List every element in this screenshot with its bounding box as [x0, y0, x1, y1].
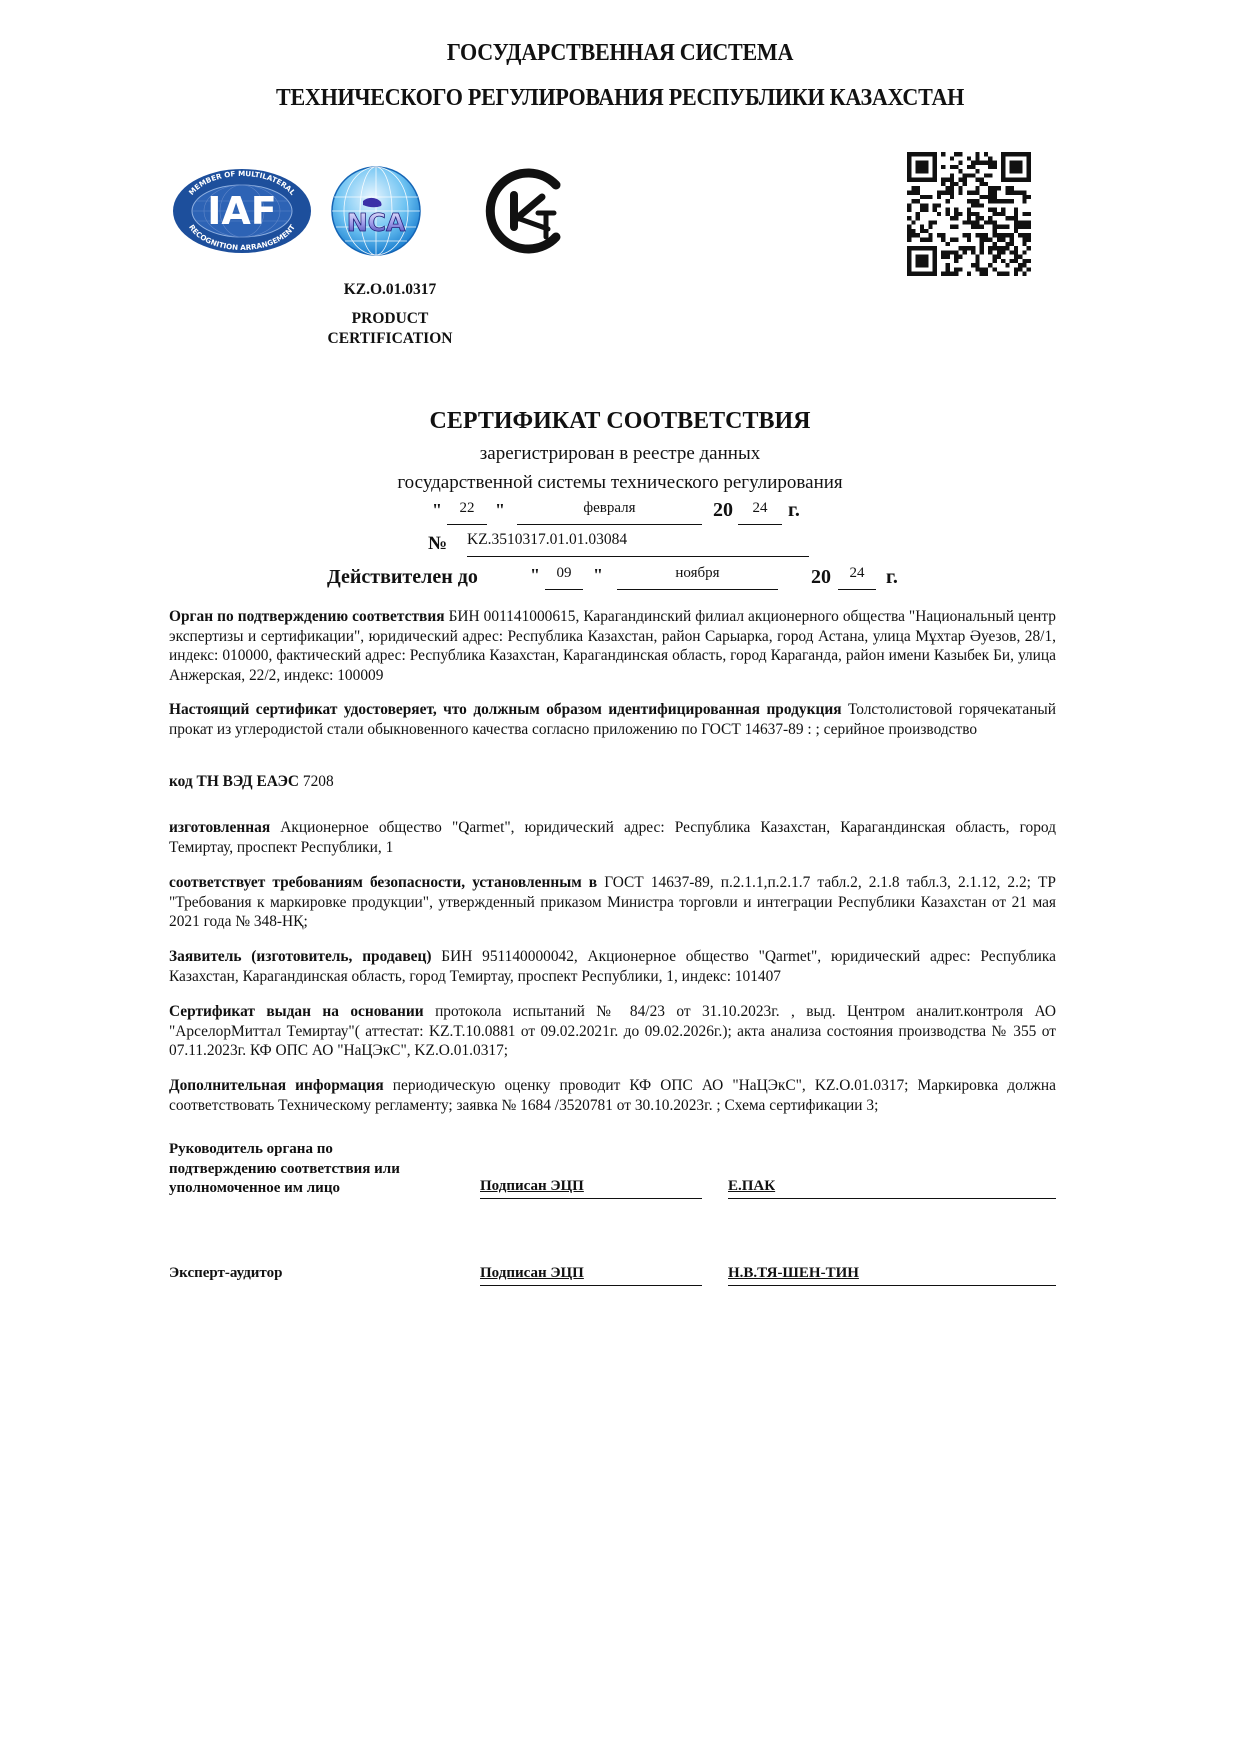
valid-month-field: ноября	[617, 563, 778, 590]
reg-day-field: 22	[447, 498, 487, 525]
valid-until-label: Действителен до	[327, 566, 478, 589]
qr-code-icon[interactable]	[907, 152, 1031, 276]
reg-century: 20	[713, 499, 733, 522]
accreditation-number: KZ.O.01.0317	[290, 281, 490, 299]
quote-close-2: "	[593, 565, 603, 586]
valid-century: 20	[811, 566, 831, 589]
section-text: 7208	[303, 773, 334, 790]
signatory-role-head: Руководитель органа по подтверждению соо…	[169, 1140, 400, 1199]
signature-status-head: Подписан ЭЦП	[480, 1177, 702, 1199]
nca-logo-icon: NCA	[325, 165, 428, 260]
section-label: изготовленная	[169, 819, 270, 836]
section-label: Сертификат выдан на основании	[169, 1003, 424, 1020]
section-requirements: соответствует требованиям безопасности, …	[169, 873, 1056, 932]
number-label: №	[428, 533, 447, 555]
section-label: Заявитель (изготовитель, продавец)	[169, 948, 432, 965]
section-basis: Сертификат выдан на основании протокола …	[169, 1002, 1056, 1061]
quote-close: "	[495, 500, 505, 521]
accreditation-label-line2: CERTIFICATION	[290, 329, 490, 349]
svg-text:NCA: NCA	[347, 208, 406, 237]
signatory-name-head: Е.ПАК	[728, 1177, 1056, 1199]
section-text: Акционерное общество "Qarmet", юридическ…	[169, 819, 1056, 856]
section-manufacturer: изготовленная Акционерное общество "Qarm…	[169, 818, 1056, 857]
section-hs-code: код ТН ВЭД ЕАЭС 7208	[169, 772, 1056, 792]
signatory-role-expert: Эксперт-аудитор	[169, 1264, 282, 1284]
iaf-logo-icon: IAF MEMBER OF MULTILATERAL RECOGNITION A…	[172, 168, 312, 254]
reg-year-suffix: г.	[788, 499, 800, 522]
section-label: соответствует требованиям безопасности, …	[169, 874, 597, 891]
reg-year-field: 24	[738, 498, 782, 525]
section-applicant: Заявитель (изготовитель, продавец) БИН 9…	[169, 947, 1056, 986]
valid-year-suffix: г.	[886, 566, 898, 589]
registered-line-2: государственной системы технического рег…	[0, 472, 1240, 494]
accreditation-label-line1: PRODUCT	[290, 309, 490, 329]
section-certification-body: Орган по подтверждению соответствия БИН …	[169, 607, 1056, 685]
quote-open: "	[432, 500, 442, 521]
valid-day-field: 09	[545, 563, 583, 590]
section-label: Орган по подтверждению соответствия	[169, 608, 445, 625]
kz-conformity-mark-icon	[480, 165, 570, 255]
signature-status-expert: Подписан ЭЦП	[480, 1264, 702, 1286]
reg-month-field: февраля	[517, 498, 702, 525]
section-label: Дополнительная информация	[169, 1077, 384, 1094]
section-label: Настоящий сертификат удостоверяет, что д…	[169, 701, 842, 718]
certificate-title: СЕРТИФИКАТ СООТВЕТСТВИЯ	[0, 408, 1240, 435]
header-line-1: ГОСУДАРСТВЕННАЯ СИСТЕМА	[50, 40, 1191, 67]
certificate-number-field: KZ.3510317.01.01.03084	[467, 530, 809, 557]
header-line-2: ТЕХНИЧЕСКОГО РЕГУЛИРОВАНИЯ РЕСПУБЛИКИ КА…	[50, 85, 1191, 112]
svg-text:IAF: IAF	[207, 189, 277, 233]
section-additional-info: Дополнительная информация периодическую …	[169, 1076, 1056, 1115]
accreditation-label: PRODUCT CERTIFICATION	[290, 309, 490, 349]
section-label: код ТН ВЭД ЕАЭС	[169, 773, 299, 790]
section-product: Настоящий сертификат удостоверяет, что д…	[169, 700, 1056, 739]
valid-year-field: 24	[838, 563, 876, 590]
quote-open-2: "	[530, 565, 540, 586]
signatory-name-expert: Н.В.ТЯ-ШЕН-ТИН	[728, 1264, 1056, 1286]
registered-line-1: зарегистрирован в реестре данных	[0, 443, 1240, 465]
